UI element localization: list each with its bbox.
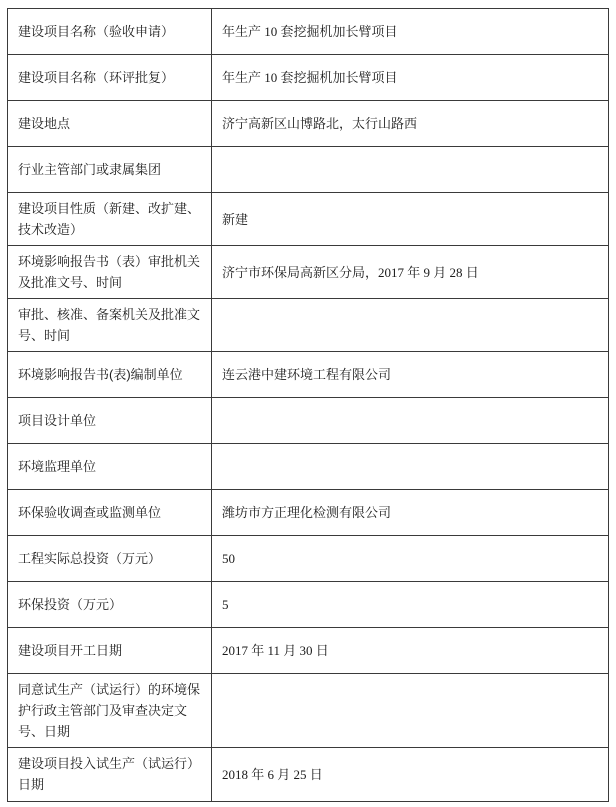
table-row: 建设项目投入试生产（试运行）日期2018 年 6 月 25 日 bbox=[8, 748, 609, 801]
field-value bbox=[212, 147, 609, 193]
field-label: 建设项目名称（环评批复） bbox=[8, 55, 212, 101]
field-value: 年生产 10 套挖掘机加长臂项目 bbox=[212, 55, 609, 101]
field-label: 同意试生产（试运行）的环境保护行政主管部门及审查决定文号、日期 bbox=[8, 674, 212, 748]
field-label: 环保验收调查或监测单位 bbox=[8, 490, 212, 536]
field-label: 工程实际总投资（万元） bbox=[8, 536, 212, 582]
field-value bbox=[212, 299, 609, 352]
project-info-rows: 建设项目名称（验收申请）年生产 10 套挖掘机加长臂项目建设项目名称（环评批复）… bbox=[8, 9, 609, 802]
field-label: 审批、核准、备案机关及批准文号、时间 bbox=[8, 299, 212, 352]
field-value: 年生产 10 套挖掘机加长臂项目 bbox=[212, 9, 609, 55]
table-row: 建设项目名称（验收申请）年生产 10 套挖掘机加长臂项目 bbox=[8, 9, 609, 55]
table-row: 项目设计单位 bbox=[8, 398, 609, 444]
table-row: 工程实际总投资（万元）50 bbox=[8, 536, 609, 582]
table-row: 行业主管部门或隶属集团 bbox=[8, 147, 609, 193]
table-row: 建设项目名称（环评批复）年生产 10 套挖掘机加长臂项目 bbox=[8, 55, 609, 101]
field-value: 2018 年 6 月 25 日 bbox=[212, 748, 609, 801]
field-value: 2017 年 11 月 30 日 bbox=[212, 628, 609, 674]
table-row: 审批、核准、备案机关及批准文号、时间 bbox=[8, 299, 609, 352]
field-label: 环境影响报告书(表)编制单位 bbox=[8, 352, 212, 398]
field-label: 建设项目投入试生产（试运行）日期 bbox=[8, 748, 212, 801]
table-row: 建设项目开工日期2017 年 11 月 30 日 bbox=[8, 628, 609, 674]
field-label: 环境影响报告书（表）审批机关及批准文号、时间 bbox=[8, 246, 212, 299]
field-value: 连云港中建环境工程有限公司 bbox=[212, 352, 609, 398]
field-label: 建设地点 bbox=[8, 101, 212, 147]
field-label: 建设项目性质（新建、改扩建、技术改造） bbox=[8, 193, 212, 246]
field-value: 5 bbox=[212, 582, 609, 628]
field-value: 50 bbox=[212, 536, 609, 582]
table-row: 建设项目性质（新建、改扩建、技术改造）新建 bbox=[8, 193, 609, 246]
field-value bbox=[212, 444, 609, 490]
table-row: 环境监理单位 bbox=[8, 444, 609, 490]
field-value: 济宁市环保局高新区分局，2017 年 9 月 28 日 bbox=[212, 246, 609, 299]
table-row: 建设地点济宁高新区山博路北，太行山路西 bbox=[8, 101, 609, 147]
table-row: 同意试生产（试运行）的环境保护行政主管部门及审查决定文号、日期 bbox=[8, 674, 609, 748]
field-value bbox=[212, 674, 609, 748]
field-label: 建设项目开工日期 bbox=[8, 628, 212, 674]
project-info-table: 建设项目名称（验收申请）年生产 10 套挖掘机加长臂项目建设项目名称（环评批复）… bbox=[7, 8, 609, 802]
field-value: 新建 bbox=[212, 193, 609, 246]
field-label: 环保投资（万元） bbox=[8, 582, 212, 628]
field-label: 行业主管部门或隶属集团 bbox=[8, 147, 212, 193]
field-value: 济宁高新区山博路北，太行山路西 bbox=[212, 101, 609, 147]
table-row: 环境影响报告书(表)编制单位连云港中建环境工程有限公司 bbox=[8, 352, 609, 398]
table-row: 环境影响报告书（表）审批机关及批准文号、时间济宁市环保局高新区分局，2017 年… bbox=[8, 246, 609, 299]
table-row: 环保验收调查或监测单位潍坊市方正理化检测有限公司 bbox=[8, 490, 609, 536]
field-label: 建设项目名称（验收申请） bbox=[8, 9, 212, 55]
table-row: 环保投资（万元）5 bbox=[8, 582, 609, 628]
field-label: 环境监理单位 bbox=[8, 444, 212, 490]
document-page: 建设项目名称（验收申请）年生产 10 套挖掘机加长臂项目建设项目名称（环评批复）… bbox=[0, 0, 616, 807]
field-value: 潍坊市方正理化检测有限公司 bbox=[212, 490, 609, 536]
field-value bbox=[212, 398, 609, 444]
field-label: 项目设计单位 bbox=[8, 398, 212, 444]
